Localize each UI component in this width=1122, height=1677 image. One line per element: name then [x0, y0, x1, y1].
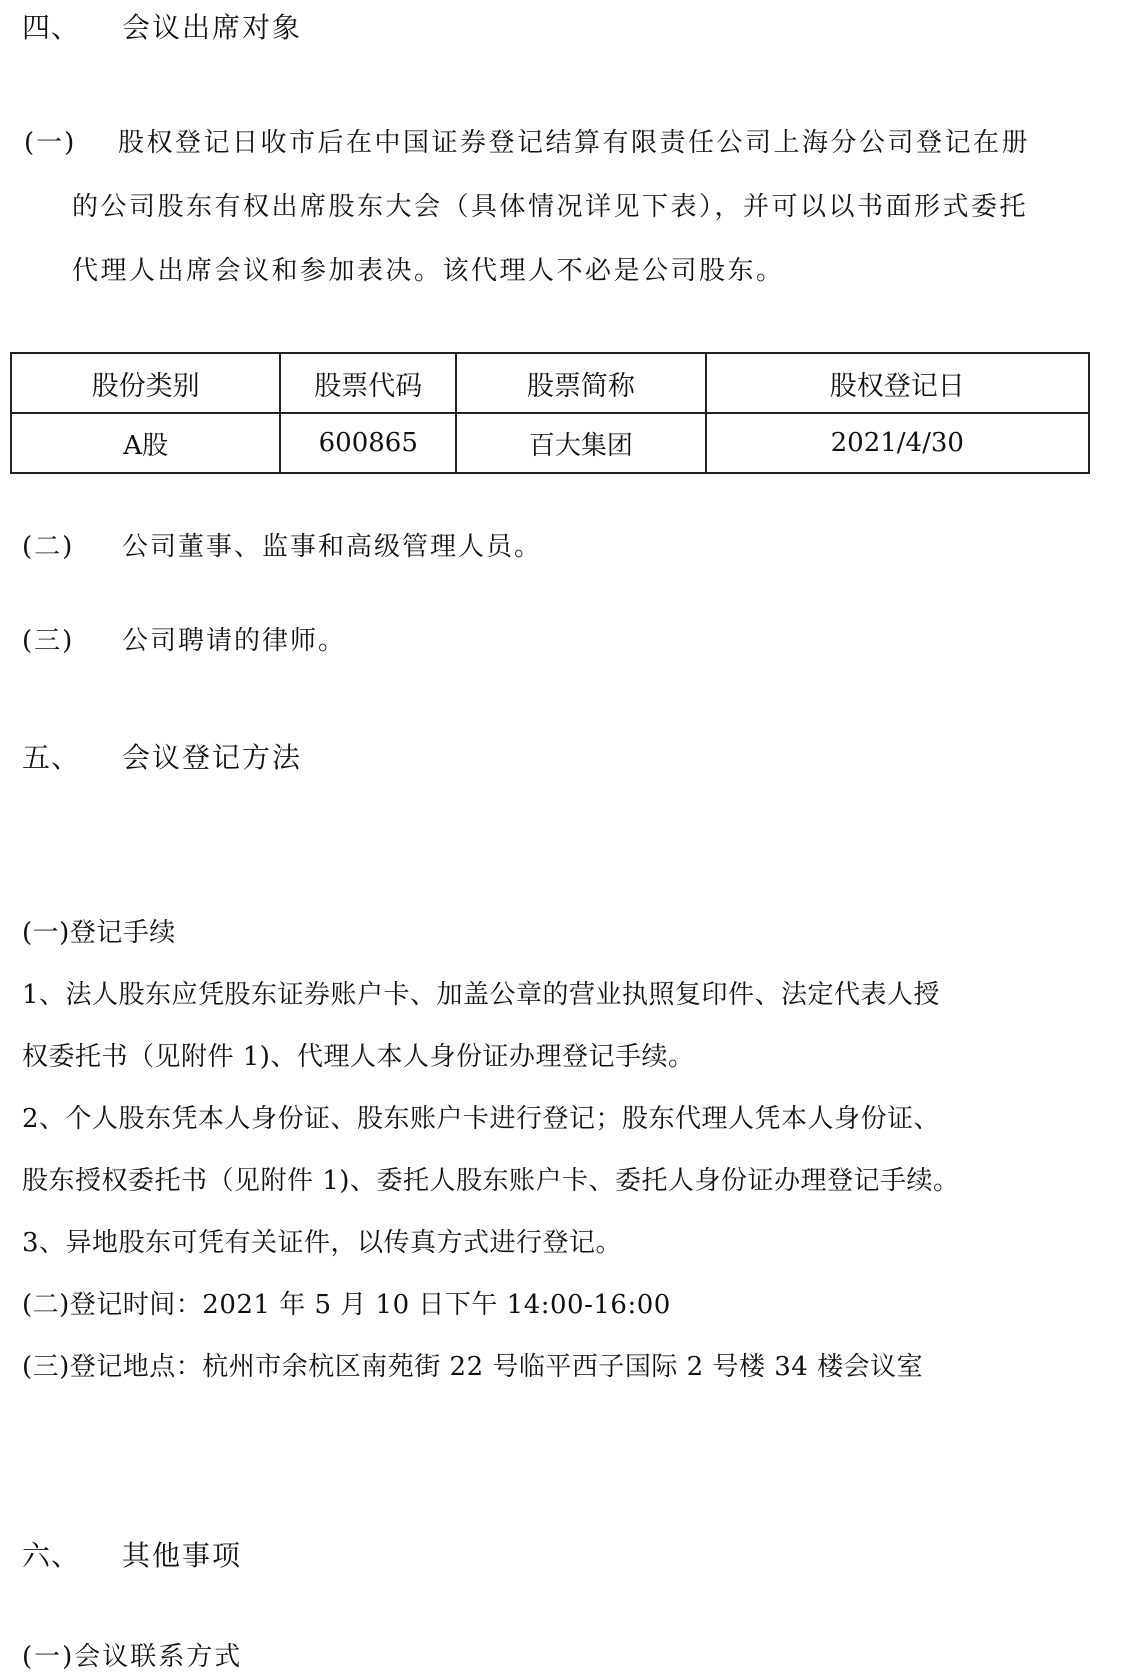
registration-table: 股份类别 股票代码 股票简称 股权登记日 A股 600865 百大集团 2021…: [10, 352, 1090, 474]
section-5-title: 会议登记方法: [122, 736, 302, 776]
item-3-text: 公司聘请的律师。: [122, 620, 346, 657]
section-6-number: 六、: [22, 1534, 80, 1574]
step-2-line-2: 股东授权委托书（见附件 1)、委托人股东账户卡、委托人身份证办理登记手续。: [22, 1160, 959, 1197]
registration-procedure-title: (一)登记手续: [22, 912, 176, 949]
section-4-title: 会议出席对象: [122, 6, 302, 46]
item-1-line-2: 的公司股东有权出席股东大会（具体情况详见下表），并可以以书面形式委托: [72, 186, 1028, 223]
step-1-line-1: 1、法人股东应凭股东证券账户卡、加盖公章的营业执照复印件、法定代表人授: [22, 974, 940, 1011]
table-header-row: 股份类别 股票代码 股票简称 股权登记日: [11, 353, 1089, 413]
header-share-class: 股份类别: [11, 353, 280, 413]
cell-stock-name: 百大集团: [456, 413, 705, 473]
cell-stock-code: 600865: [280, 413, 456, 473]
header-stock-name: 股票简称: [456, 353, 705, 413]
item-1-line-3: 代理人出席会议和参加表决。该代理人不必是公司股东。: [72, 250, 785, 287]
step-1-line-2: 权委托书（见附件 1)、代理人本人身份证办理登记手续。: [22, 1036, 694, 1073]
step-3-line: 3、异地股东可凭有关证件，以传真方式进行登记。: [22, 1222, 622, 1259]
table-row: A股 600865 百大集团 2021/4/30: [11, 413, 1089, 473]
section-4-number: 四、: [22, 6, 80, 46]
header-stock-code: 股票代码: [280, 353, 456, 413]
item-1-line-1: 股权登记日收市后在中国证券登记结算有限责任公司上海分公司登记在册: [118, 122, 1030, 159]
cell-share-class: A股: [11, 413, 280, 473]
cell-record-date: 2021/4/30: [706, 413, 1089, 473]
step-2-line-1: 2、个人股东凭本人身份证、股东账户卡进行登记；股东代理人凭本人身份证、: [22, 1098, 940, 1135]
registration-time: (二)登记时间：2021 年 5 月 10 日下午 14:00-16:00: [22, 1284, 671, 1321]
section-6-title: 其他事项: [122, 1534, 242, 1574]
registration-location: (三)登记地点：杭州市余杭区南苑街 22 号临平西子国际 2 号楼 34 楼会议…: [22, 1346, 923, 1383]
meeting-contact-title: (一)会议联系方式: [22, 1636, 242, 1673]
item-2-label: (二): [22, 526, 74, 563]
header-record-date: 股权登记日: [706, 353, 1089, 413]
item-2-text: 公司董事、监事和高级管理人员。: [122, 526, 542, 563]
item-3-label: (三): [22, 620, 74, 657]
item-1-label: (一): [24, 122, 76, 159]
section-5-number: 五、: [22, 736, 80, 776]
